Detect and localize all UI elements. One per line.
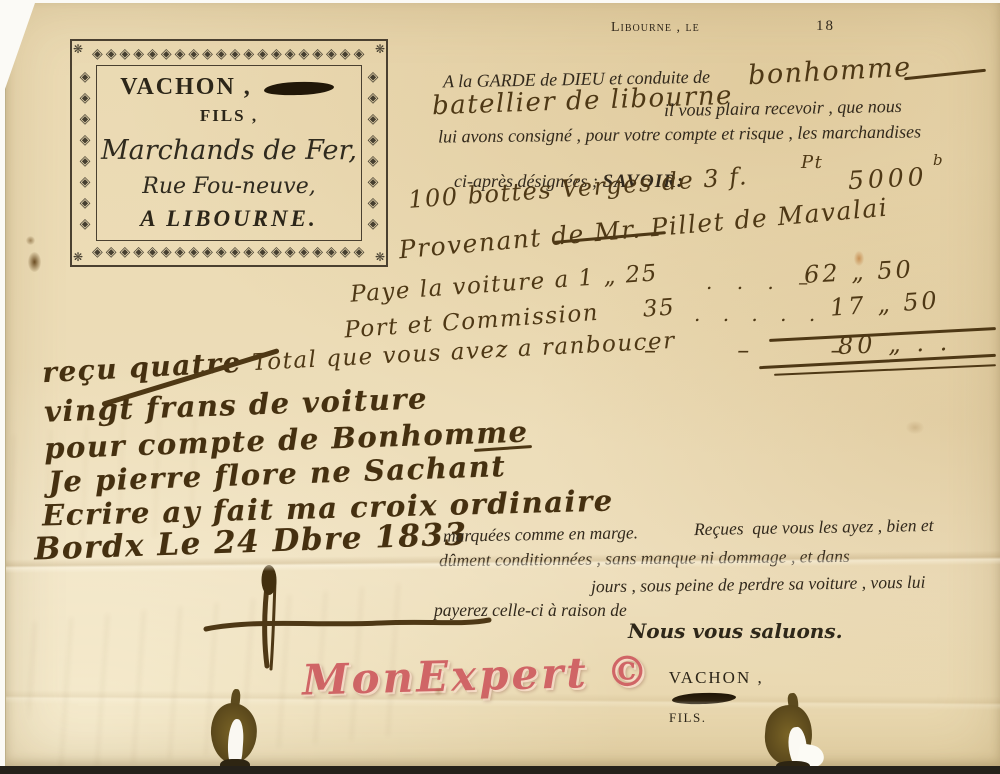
dateline-year-prefix: 18 (816, 18, 835, 35)
scanned-document-page: { "header": { "place_line": "Libourne , … (0, 0, 1000, 774)
ornament-corner-icon: ❋ (73, 42, 83, 56)
ornament-border-right-icon: ◈◈◈◈◈◈◈◈ (362, 63, 384, 243)
letterhead-name-post: FILS , (200, 106, 258, 125)
letterhead-city: A LIBOURNE. (140, 206, 317, 232)
ledger-row4-amount: 17 „ 50 (829, 287, 940, 322)
letterhead-name-pre: VACHON , (120, 74, 252, 100)
letterhead-inner: VACHON , FILS , Marchands de Fer, Rue Fo… (96, 65, 362, 241)
ornament-border-bottom-icon: ◈◈◈◈◈◈◈◈◈◈◈◈◈◈◈◈◈◈◈◈◈ (92, 241, 366, 263)
signature-fils: FILS. (669, 710, 706, 725)
letterhead-trade: Marchands de Fer, (101, 135, 357, 166)
ledger-row1-amount-sup: b (933, 152, 944, 169)
foxing-spot (434, 687, 443, 696)
foxing-spot (906, 421, 924, 434)
pen-flourish (904, 69, 986, 80)
footer-line1b: Reçues que vous les ayez , bien et (694, 515, 934, 539)
ornament-border-left-icon: ◈◈◈◈◈◈◈◈ (74, 63, 96, 243)
signature-name: VACHON , (669, 668, 764, 687)
letterhead-name: VACHON , FILS , (97, 74, 361, 128)
letterhead-frame: ◈◈◈◈◈◈◈◈◈◈◈◈◈◈◈◈◈◈◈◈◈ ◈◈◈◈◈◈◈◈◈◈◈◈◈◈◈◈◈◈… (70, 39, 388, 267)
ledger-row1-amount: 5000 (847, 163, 928, 196)
ornament-border-top-icon: ◈◈◈◈◈◈◈◈◈◈◈◈◈◈◈◈◈◈◈◈◈ (92, 43, 366, 65)
ornament-corner-icon: ❋ (73, 250, 83, 264)
hand-carrier-name: bonhomme (747, 52, 912, 92)
footer-line3: jours , sous peine de perdre sa voiture … (591, 572, 926, 597)
letterhead-street: Rue Fou-neuve, (142, 174, 315, 199)
scan-edge-shadow (0, 766, 1000, 774)
ink-stain (28, 252, 41, 272)
consignment-line2: il vous plaira recevoir , que nous (664, 96, 902, 121)
footer-line1a: marquées comme en marge. (443, 522, 638, 546)
consignment-line3: lui avons consigné , pour votre compte e… (438, 121, 921, 147)
ledger-row4-dots: . . . . . (694, 303, 823, 326)
ledger-row5-amount: 80 „ . . (838, 329, 952, 361)
ornament-corner-icon: ❋ (375, 250, 385, 264)
ledger-row3-dots: . . . – (706, 271, 817, 294)
rust-speck (854, 251, 864, 266)
footer-line4: payerez celle-ci à raison de (434, 600, 627, 620)
ink-stain (26, 236, 35, 245)
ledger-row1-sup: Pt (801, 153, 823, 174)
paper-sheet: Libourne , le 18 ◈◈◈◈◈◈◈◈◈◈◈◈◈◈◈◈◈◈◈◈◈ ◈… (5, 3, 1000, 766)
dateline-place: Libourne , le (611, 20, 700, 36)
ink-blot-redaction (264, 80, 334, 95)
ledger-row5-dashes: – – – (644, 337, 865, 365)
salutation: Nous vous saluons. (628, 620, 843, 643)
ornament-corner-icon: ❋ (375, 42, 385, 56)
